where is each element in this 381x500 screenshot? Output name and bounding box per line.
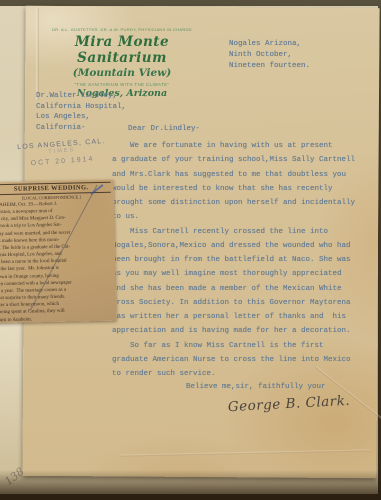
text-line: Cross Society. In addition to this Gover…: [112, 296, 376, 310]
page-edge-shadow: [0, 470, 381, 500]
text-line: appreciation and is having made for her …: [112, 324, 376, 338]
text-line: and she has been made a member of the Me…: [112, 282, 376, 296]
paragraph: We are fortunate in having with us at pr…: [112, 139, 376, 225]
text-line: would be interested to know that she has…: [112, 182, 376, 196]
letterhead-motto: "THE SANITARIUM WITH THE CLIMATE": [28, 82, 216, 87]
text-line: California Hospital,: [36, 102, 126, 113]
text-line: has written her a personal letter of tha…: [112, 310, 376, 324]
letterhead: DR. A.L. GUSTETTER, DR. A.W. PURDY, PHYS…: [28, 27, 216, 99]
dateline: Nogales Arizona,Ninth October,Nineteen f…: [229, 39, 310, 72]
text-line: as you may well imagine most thoroughly …: [112, 267, 376, 281]
text-line: graduate American Nurse to cross the lin…: [112, 353, 376, 367]
text-line: Los Angeles,: [36, 112, 126, 123]
text-line: Nogales Arizona,: [229, 39, 310, 50]
text-line: been brought in from the battlefield at …: [112, 253, 376, 267]
paragraph: Miss Cartnell recently crossed the line …: [112, 225, 376, 339]
text-line: We are fortunate in having with us at pr…: [112, 139, 376, 153]
scanned-letter-page: DR. A.L. GUSTETTER, DR. A.W. PURDY, PHYS…: [0, 0, 381, 500]
text-line: Miss Cartnell recently crossed the line …: [112, 225, 376, 239]
letterhead-physicians-line: DR. A.L. GUSTETTER, DR. A.W. PURDY, PHYS…: [28, 27, 216, 32]
salutation: Dear Dr.Lindley-: [128, 125, 200, 133]
letter-body: We are fortunate in having with us at pr…: [112, 139, 376, 381]
paragraph: So far as I know Miss Cartnell is the fi…: [112, 339, 376, 382]
text-line: Nineteen fourteen.: [229, 61, 310, 72]
text-line: Nogales,Sonora,Mexico and dressed the wo…: [112, 239, 376, 253]
text-line: California-: [36, 123, 126, 134]
text-line: and Mrs.Clark has suggested to me that d…: [112, 168, 376, 182]
newspaper-clipping: SURPRISE WEDDING. [LOCAL CORRESPONDENCE.…: [0, 180, 116, 324]
text-line: to us.: [112, 210, 376, 224]
letterhead-name: Mira Monte Sanitarium: [28, 34, 216, 66]
text-line: brought some distinction upon herself an…: [112, 196, 376, 210]
text-line: a graduate of your training school,Miss …: [112, 153, 376, 167]
valediction: Believe me,sir, faithfully your: [186, 383, 326, 391]
letterhead-subtitle: (Mountain View): [28, 67, 216, 79]
text-line: Ninth October,: [229, 50, 310, 61]
text-line: to render such service.: [112, 367, 376, 381]
recipient-address: Dr.Walter Lindley,California Hospital,Lo…: [36, 91, 126, 133]
text-line: Dr.Walter Lindley,: [36, 91, 126, 102]
text-line: So far as I know Miss Cartnell is the fi…: [112, 339, 376, 353]
